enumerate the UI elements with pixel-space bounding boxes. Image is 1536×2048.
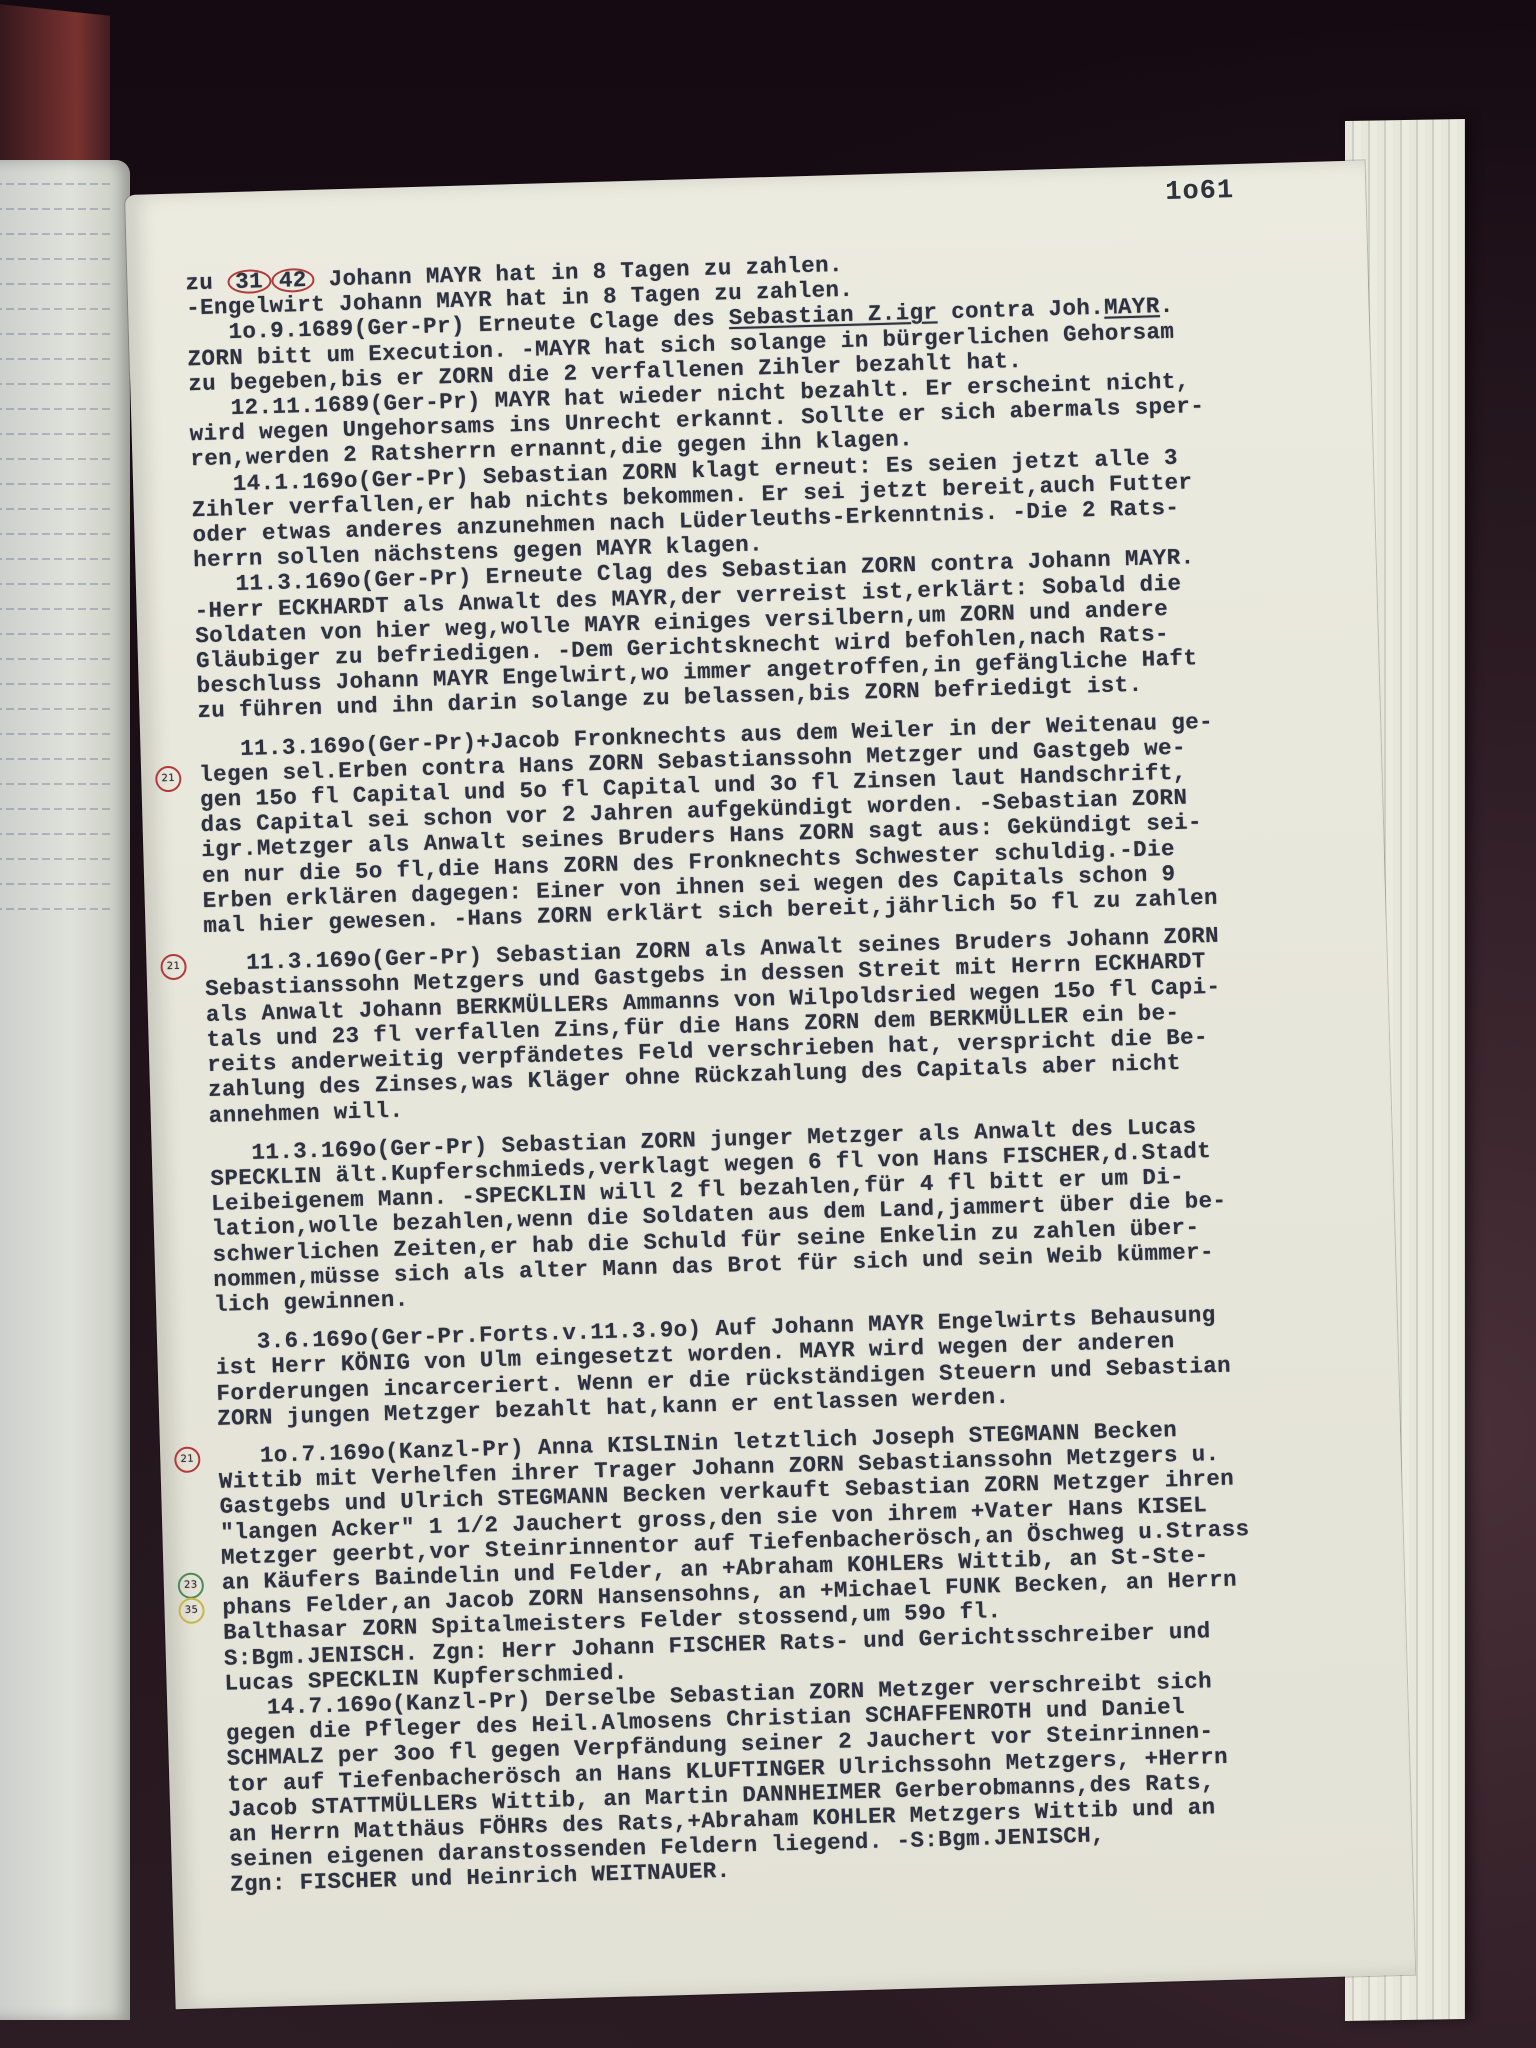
margin-annotation: 21 xyxy=(160,954,187,981)
margin-annotation: 23 xyxy=(177,1572,204,1599)
entry-fronknecht-heirs: 21 11.3.169o(Ger-Pr)+Jacob Fronknechts a… xyxy=(198,706,1353,940)
margin-annotation: 35 xyxy=(178,1597,205,1624)
margin-annotation: 21 xyxy=(174,1446,201,1473)
right-page: 1o61 zu 3142 Johann MAYR hat in 8 Tagen … xyxy=(125,160,1415,2009)
reference-mark-31: 31 xyxy=(227,269,271,294)
reference-mark-42: 42 xyxy=(271,268,315,293)
entry-berkmueller: 21 11.3.169o(Ger-Pr) Sebastian ZORN als … xyxy=(204,920,1358,1128)
left-page-edge xyxy=(0,160,130,2020)
entry-almosen-pledge: 14.7.169o(Kanzl-Pr) Derselbe Sebastian Z… xyxy=(225,1665,1380,1899)
entry-koenig-ulm: 3.6.169o(Ger-Pr.Forts.v.11.3.9o) Auf Joh… xyxy=(215,1299,1367,1432)
entry-specklin: 11.3.169o(Ger-Pr) Sebastian ZORN junger … xyxy=(209,1110,1363,1318)
book-cover-edge xyxy=(0,4,110,176)
entry-mayr-zorn: zu 3142 Johann MAYR hat in 8 Tagen zu za… xyxy=(185,239,1347,725)
margin-annotation: 21 xyxy=(155,765,182,792)
typewritten-text: zu 3142 Johann MAYR hat in 8 Tagen zu za… xyxy=(185,239,1380,1898)
entry-kislin-sale: 21 23 35 1o.7.169o(Kanzl-Pr) Anna KISLIN… xyxy=(218,1413,1375,1697)
page-number: 1o61 xyxy=(1165,176,1235,208)
